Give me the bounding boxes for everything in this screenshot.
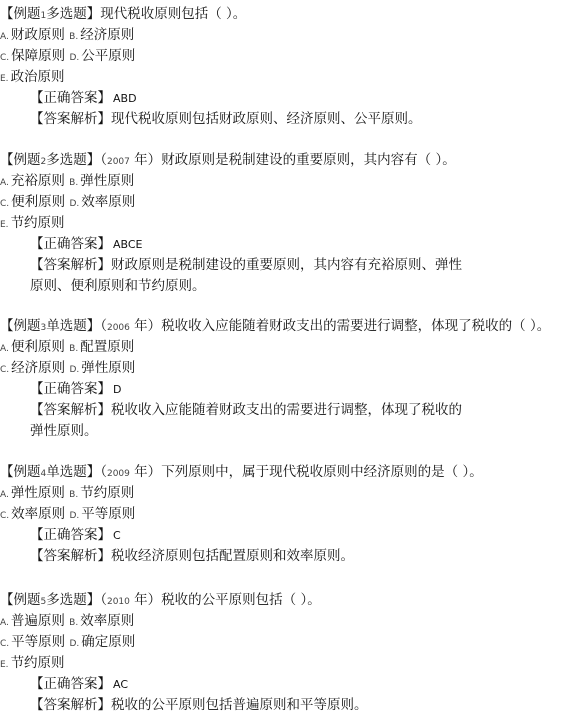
correct-answer: 【正确答案】AC	[0, 674, 580, 695]
question-title: 【例题2多选题】（2007 年）财政原则是税制建设的重要原则，其内容有（ ）。	[0, 150, 580, 171]
option: A.弹性原则	[0, 485, 65, 501]
option: D.弹性原则	[69, 360, 135, 376]
question-block: 【例题2多选题】（2007 年）财政原则是税制建设的重要原则，其内容有（ ）。A…	[0, 150, 580, 297]
option: A.充裕原则	[0, 173, 65, 189]
option-row: A.便利原则 B.配置原则	[0, 337, 580, 358]
option-row: A.财政原则 B.经济原则	[0, 25, 580, 46]
answer-analysis: 原则、便利原则和节约原则。	[0, 276, 580, 297]
option: B.经济原则	[69, 27, 134, 43]
option: C.平等原则	[0, 634, 65, 650]
option: E.节约原则	[0, 655, 65, 671]
correct-answer: 【正确答案】ABD	[0, 88, 580, 109]
question-block: 【例题5多选题】（2010 年）税收的公平原则包括（ ）。A.普遍原则 B.效率…	[0, 590, 580, 716]
option: B.配置原则	[69, 339, 134, 355]
option: B.效率原则	[69, 613, 134, 629]
option: C.效率原则	[0, 506, 65, 522]
option-row: C.效率原则 D.平等原则	[0, 504, 580, 525]
answer-analysis: 【答案解析】现代税收原则包括财政原则、经济原则、公平原则。	[0, 109, 580, 130]
correct-answer: 【正确答案】D	[0, 379, 580, 400]
option: D.确定原则	[69, 634, 135, 650]
question-title: 【例题5多选题】（2010 年）税收的公平原则包括（ ）。	[0, 590, 580, 611]
correct-answer: 【正确答案】C	[0, 525, 580, 546]
question-block: 【例题4单选题】（2009 年）下列原则中，属于现代税收原则中经济原则的是（ ）…	[0, 462, 580, 567]
answer-analysis: 【答案解析】税收的公平原则包括普遍原则和平等原则。	[0, 695, 580, 716]
answer-analysis: 弹性原则。	[0, 421, 580, 442]
question-block: 【例题3单选题】（2006 年）税收收入应能随着财政支出的需要进行调整，体现了税…	[0, 316, 580, 442]
answer-analysis: 【答案解析】税收收入应能随着财政支出的需要进行调整，体现了税收的	[0, 400, 580, 421]
option: D.平等原则	[69, 506, 135, 522]
option: A.财政原则	[0, 27, 65, 43]
option-row: A.普遍原则 B.效率原则	[0, 611, 580, 632]
option-row: A.弹性原则 B.节约原则	[0, 483, 580, 504]
option: A.便利原则	[0, 339, 65, 355]
option-row: E.节约原则	[0, 213, 580, 234]
option: E.节约原则	[0, 215, 65, 231]
option: B.节约原则	[69, 485, 134, 501]
question-title: 【例题4单选题】（2009 年）下列原则中，属于现代税收原则中经济原则的是（ ）…	[0, 462, 580, 483]
question-title: 【例题1多选题】现代税收原则包括（ ）。	[0, 4, 580, 25]
option: B.弹性原则	[69, 173, 134, 189]
option: E.政治原则	[0, 69, 65, 85]
answer-analysis: 【答案解析】税收经济原则包括配置原则和效率原则。	[0, 546, 580, 567]
option: C.经济原则	[0, 360, 65, 376]
question-block: 【例题1多选题】现代税收原则包括（ ）。A.财政原则 B.经济原则C.保障原则 …	[0, 4, 580, 130]
option-row: C.便利原则 D.效率原则	[0, 192, 580, 213]
question-title: 【例题3单选题】（2006 年）税收收入应能随着财政支出的需要进行调整，体现了税…	[0, 316, 580, 337]
option-row: A.充裕原则 B.弹性原则	[0, 171, 580, 192]
option: D.效率原则	[69, 194, 135, 210]
option: C.便利原则	[0, 194, 65, 210]
option-row: E.节约原则	[0, 653, 580, 674]
option: D.公平原则	[69, 48, 135, 64]
option-row: C.保障原则 D.公平原则	[0, 46, 580, 67]
option: A.普遍原则	[0, 613, 65, 629]
option-row: E.政治原则	[0, 67, 580, 88]
correct-answer: 【正确答案】ABCE	[0, 234, 580, 255]
answer-analysis: 【答案解析】财政原则是税制建设的重要原则，其内容有充裕原则、弹性	[0, 255, 580, 276]
option-row: C.平等原则 D.确定原则	[0, 632, 580, 653]
option: C.保障原则	[0, 48, 65, 64]
option-row: C.经济原则 D.弹性原则	[0, 358, 580, 379]
